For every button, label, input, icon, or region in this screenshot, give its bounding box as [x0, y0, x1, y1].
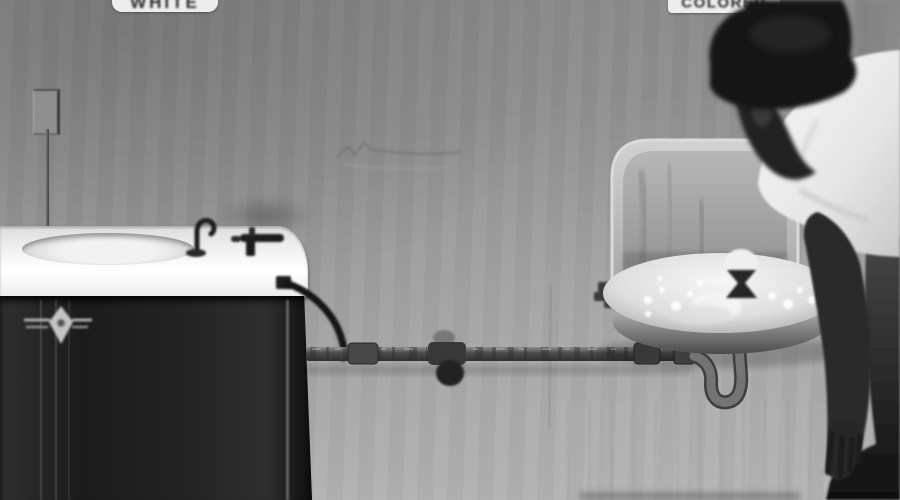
photo-vector-layer: [0, 0, 900, 500]
pipe-valve: [428, 330, 466, 386]
cooler-emblem: [24, 306, 92, 344]
hat-sheen: [750, 16, 830, 52]
floor-shadow: [580, 492, 800, 500]
cooler-bubbler-and-valve: [186, 220, 284, 257]
wall-scratch-marks: [336, 142, 551, 430]
photograph: WHITE COLORED: [0, 0, 900, 500]
cooler-drain-cable: [276, 276, 344, 358]
